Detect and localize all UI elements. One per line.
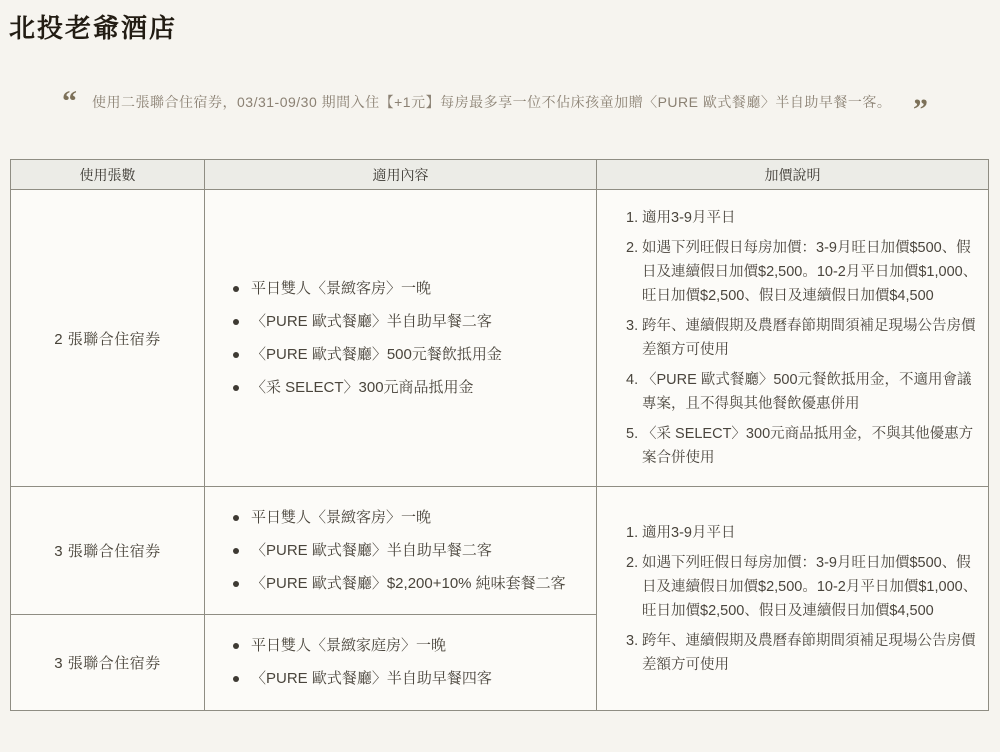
list-item: 〈PURE 歐式餐廳〉半自助早餐四客 (233, 669, 588, 689)
list-item: 平日雙人〈景緻客房〉一晚 (233, 279, 588, 299)
list-item: 適用3-9月平日 (626, 206, 978, 230)
contents-cell: 平日雙人〈景緻家庭房〉一晚 〈PURE 歐式餐廳〉半自助早餐四客 (205, 615, 597, 711)
quote-close-icon: ” (913, 95, 928, 125)
table-row: 3 張聯合住宿券 平日雙人〈景緻客房〉一晚 〈PURE 歐式餐廳〉半自助早餐二客… (11, 487, 989, 615)
list-item: 平日雙人〈景緻客房〉一晚 (233, 508, 588, 528)
page: 北投老爺酒店 “ 使用二張聯合住宿券，03/31-09/30 期間入住【+1元】… (0, 0, 1000, 752)
header-cell-usage: 使用張數 (11, 160, 205, 190)
list-item: 〈采 SELECT〉300元商品抵用金 (233, 378, 588, 398)
list-item: 平日雙人〈景緻家庭房〉一晚 (233, 636, 588, 656)
table-row: 2 張聯合住宿券 平日雙人〈景緻客房〉一晚 〈PURE 歐式餐廳〉半自助早餐二客… (11, 190, 989, 487)
list-item: 〈PURE 歐式餐廳〉500元餐飲抵用金，不適用會議專案，且不得與其他餐飲優惠併… (626, 368, 978, 416)
usage-cell: 3 張聯合住宿券 (11, 615, 205, 711)
contents-cell: 平日雙人〈景緻客房〉一晚 〈PURE 歐式餐廳〉半自助早餐二客 〈PURE 歐式… (205, 487, 597, 615)
usage-cell: 2 張聯合住宿券 (11, 190, 205, 487)
list-item: 跨年、連續假期及農曆春節期間須補足現場公告房價差額方可使用 (626, 314, 978, 362)
voucher-pricing-table: 使用張數 適用內容 加價說明 2 張聯合住宿券 平日雙人〈景緻客房〉一晚 〈PU… (10, 159, 989, 711)
list-item: 〈PURE 歐式餐廳〉500元餐飲抵用金 (233, 345, 588, 365)
contents-list: 平日雙人〈景緻客房〉一晚 〈PURE 歐式餐廳〉半自助早餐二客 〈PURE 歐式… (205, 508, 596, 594)
list-item: 〈PURE 歐式餐廳〉$2,200+10% 純味套餐二客 (233, 574, 588, 594)
list-item: 如遇下列旺假日每房加價：3-9月旺日加價$500、假日及連續假日加價$2,500… (626, 551, 978, 623)
page-title: 北投老爺酒店 (9, 8, 1000, 45)
list-item: 〈PURE 歐式餐廳〉半自助早餐二客 (233, 541, 588, 561)
contents-list: 平日雙人〈景緻家庭房〉一晚 〈PURE 歐式餐廳〉半自助早餐四客 (205, 636, 596, 689)
quote-text: 使用二張聯合住宿券，03/31-09/30 期間入住【+1元】每房最多享一位不佔… (92, 89, 912, 115)
surcharge-cell-merged: 適用3-9月平日 如遇下列旺假日每房加價：3-9月旺日加價$500、假日及連續假… (597, 487, 989, 711)
list-item: 〈采 SELECT〉300元商品抵用金，不與其他優惠方案合併使用 (626, 422, 978, 470)
list-item: 〈PURE 歐式餐廳〉半自助早餐二客 (233, 312, 588, 332)
usage-cell: 3 張聯合住宿券 (11, 487, 205, 615)
header-cell-contents: 適用內容 (205, 160, 597, 190)
list-item: 適用3-9月平日 (626, 521, 978, 545)
contents-cell: 平日雙人〈景緻客房〉一晚 〈PURE 歐式餐廳〉半自助早餐二客 〈PURE 歐式… (205, 190, 597, 487)
list-item: 如遇下列旺假日每房加價：3-9月旺日加價$500、假日及連續假日加價$2,500… (626, 236, 978, 308)
table-header-row: 使用張數 適用內容 加價說明 (11, 160, 989, 190)
quote-open-icon: “ (62, 87, 77, 117)
contents-list: 平日雙人〈景緻客房〉一晚 〈PURE 歐式餐廳〉半自助早餐二客 〈PURE 歐式… (205, 279, 596, 398)
header-cell-surcharge: 加價說明 (597, 160, 989, 190)
surcharge-list: 適用3-9月平日 如遇下列旺假日每房加價：3-9月旺日加價$500、假日及連續假… (597, 521, 988, 677)
surcharge-list: 適用3-9月平日 如遇下列旺假日每房加價：3-9月旺日加價$500、假日及連續假… (597, 206, 988, 470)
quote-block: “ 使用二張聯合住宿券，03/31-09/30 期間入住【+1元】每房最多享一位… (0, 89, 1000, 115)
surcharge-cell: 適用3-9月平日 如遇下列旺假日每房加價：3-9月旺日加價$500、假日及連續假… (597, 190, 989, 487)
list-item: 跨年、連續假期及農曆春節期間須補足現場公告房價差額方可使用 (626, 629, 978, 677)
